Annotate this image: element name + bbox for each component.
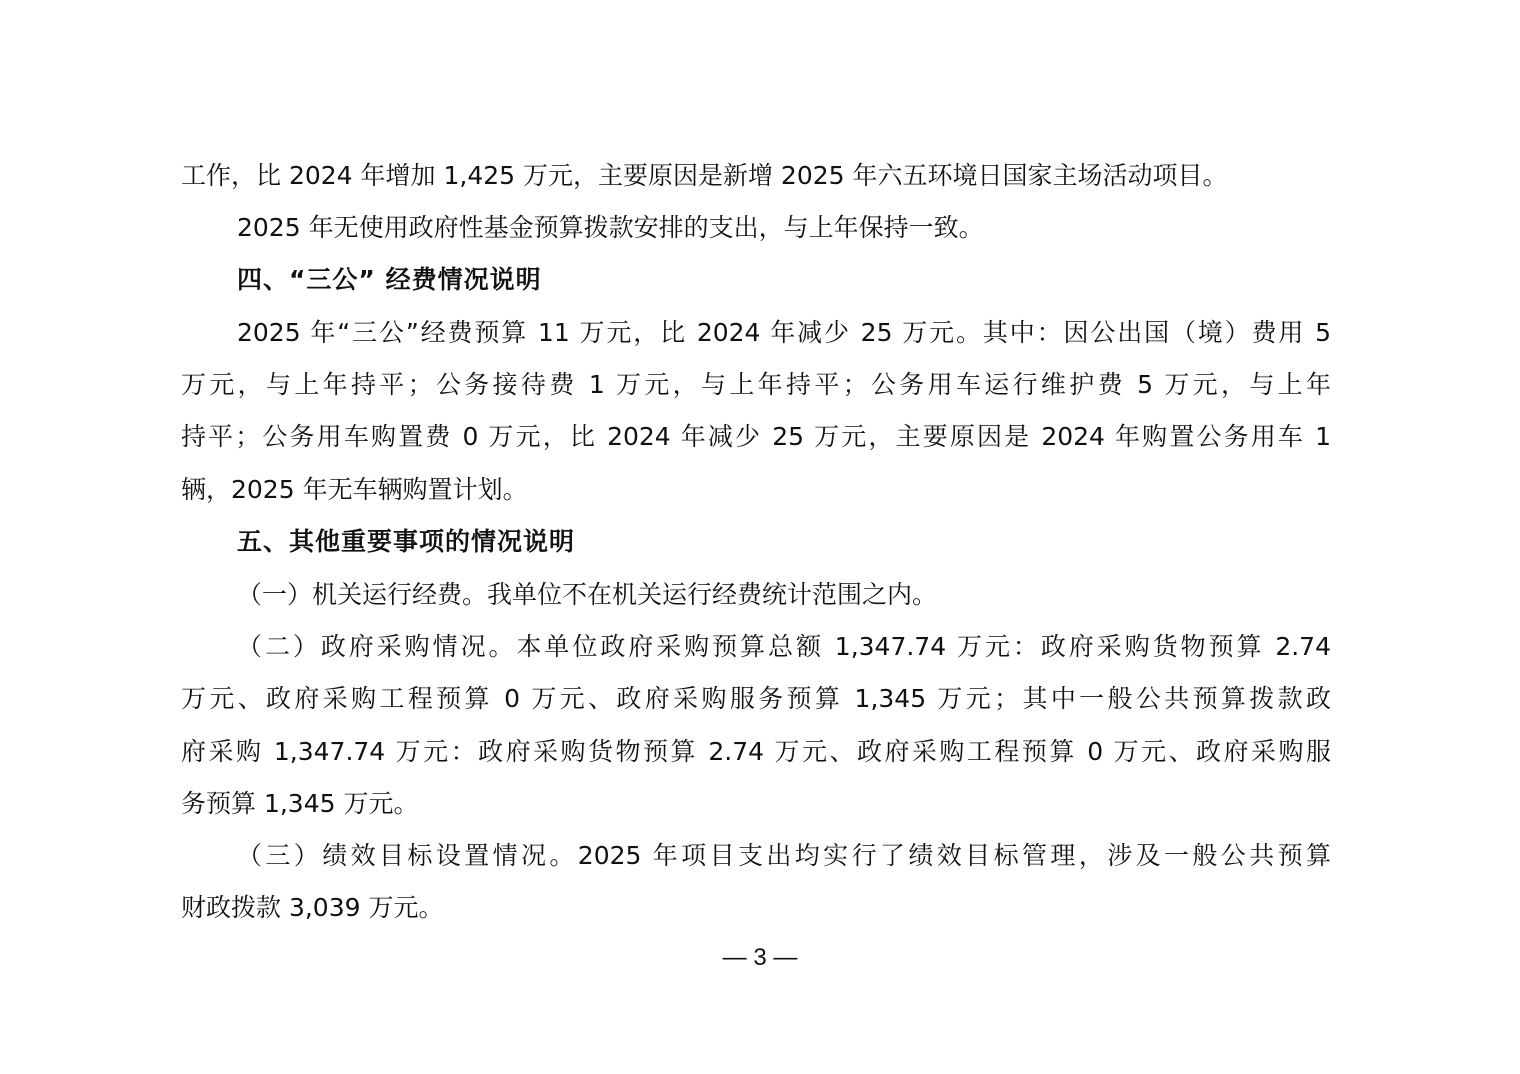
body-text-line: （二）政府采购情况。本单位政府采购预算总额 1,347.74 万元：政府采购货物… xyxy=(237,627,1331,667)
body-text-line: 2025 年“三公”经费预算 11 万元，比 2024 年减少 25 万元。其中… xyxy=(237,313,1331,353)
body-text-line: 持平；公务用车购置费 0 万元，比 2024 年减少 25 万元，主要原因是 2… xyxy=(181,417,1331,457)
section-heading: 四、“三公” 经费情况说明 xyxy=(237,260,1331,300)
body-text-line: 府采购 1,347.74 万元：政府采购货物预算 2.74 万元、政府采购工程预… xyxy=(181,732,1331,772)
body-text-line: 财政拨款 3,039 万元。 xyxy=(181,888,1331,928)
page-number: — 3 — xyxy=(0,940,1520,976)
body-text-line: （三）绩效目标设置情况。2025 年项目支出均实行了绩效目标管理，涉及一般公共预… xyxy=(237,836,1331,876)
body-text-line: 务预算 1,345 万元。 xyxy=(181,784,1331,824)
body-text-line: 万元，与上年持平；公务接待费 1 万元，与上年持平；公务用车运行维护费 5 万元… xyxy=(181,365,1331,405)
body-text-line: 工作，比 2024 年增加 1,425 万元，主要原因是新增 2025 年六五环… xyxy=(181,156,1331,196)
body-text-line: 辆，2025 年无车辆购置计划。 xyxy=(181,470,1331,510)
body-text-line: （一）机关运行经费。我单位不在机关运行经费统计范围之内。 xyxy=(237,575,1331,615)
document-page: 工作，比 2024 年增加 1,425 万元，主要原因是新增 2025 年六五环… xyxy=(0,0,1520,1074)
section-heading: 五、其他重要事项的情况说明 xyxy=(237,522,1331,562)
body-text-line: 2025 年无使用政府性基金预算拨款安排的支出，与上年保持一致。 xyxy=(237,208,1331,248)
body-text-line: 万元、政府采购工程预算 0 万元、政府采购服务预算 1,345 万元；其中一般公… xyxy=(181,679,1331,719)
